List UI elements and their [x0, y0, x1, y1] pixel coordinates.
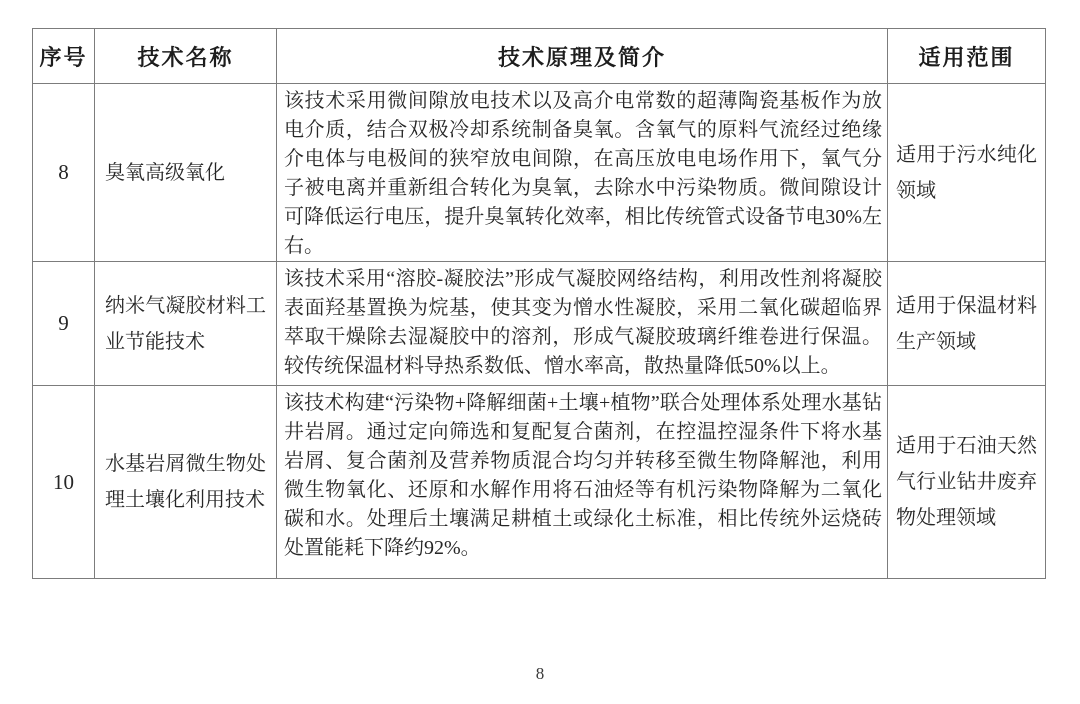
scope-cell: 适用于污水纯化领域 [888, 84, 1046, 262]
technology-name-cell: 臭氧高级氧化 [95, 84, 277, 262]
table-row: 9 纳米气凝胶材料工业节能技术 该技术采用“溶胶-凝胶法”形成气凝胶网络结构，利… [33, 262, 1046, 386]
principle-cell: 该技术构建“污染物+降解细菌+土壤+植物”联合处理体系处理水基钻井岩屑。通过定向… [277, 386, 888, 579]
table-row: 8 臭氧高级氧化 该技术采用微间隙放电技术以及高介电常数的超薄陶瓷基板作为放电介… [33, 84, 1046, 262]
header-technology-name: 技术名称 [95, 29, 277, 84]
header-principle-and-introduction: 技术原理及简介 [277, 29, 888, 84]
technology-name-cell: 水基岩屑微生物处理土壤化利用技术 [95, 386, 277, 579]
principle-cell: 该技术采用微间隙放电技术以及高介电常数的超薄陶瓷基板作为放电介质，结合双极冷却系… [277, 84, 888, 262]
table-row: 10 水基岩屑微生物处理土壤化利用技术 该技术构建“污染物+降解细菌+土壤+植物… [33, 386, 1046, 579]
serial-number-cell: 9 [33, 262, 95, 386]
page-number: 8 [0, 664, 1080, 684]
header-serial-number: 序号 [33, 29, 95, 84]
scope-cell: 适用于保温材料生产领域 [888, 262, 1046, 386]
technology-table: 序号 技术名称 技术原理及简介 适用范围 8 臭氧高级氧化 该技术采用微间隙放电… [32, 28, 1046, 579]
serial-number-cell: 8 [33, 84, 95, 262]
header-applicable-scope: 适用范围 [888, 29, 1046, 84]
principle-cell: 该技术采用“溶胶-凝胶法”形成气凝胶网络结构，利用改性剂将凝胶表面羟基置换为烷基… [277, 262, 888, 386]
table-header-row: 序号 技术名称 技术原理及简介 适用范围 [33, 29, 1046, 84]
serial-number-cell: 10 [33, 386, 95, 579]
document-page: 序号 技术名称 技术原理及简介 适用范围 8 臭氧高级氧化 该技术采用微间隙放电… [0, 0, 1080, 704]
scope-cell: 适用于石油天然气行业钻井废弃物处理领域 [888, 386, 1046, 579]
technology-name-cell: 纳米气凝胶材料工业节能技术 [95, 262, 277, 386]
